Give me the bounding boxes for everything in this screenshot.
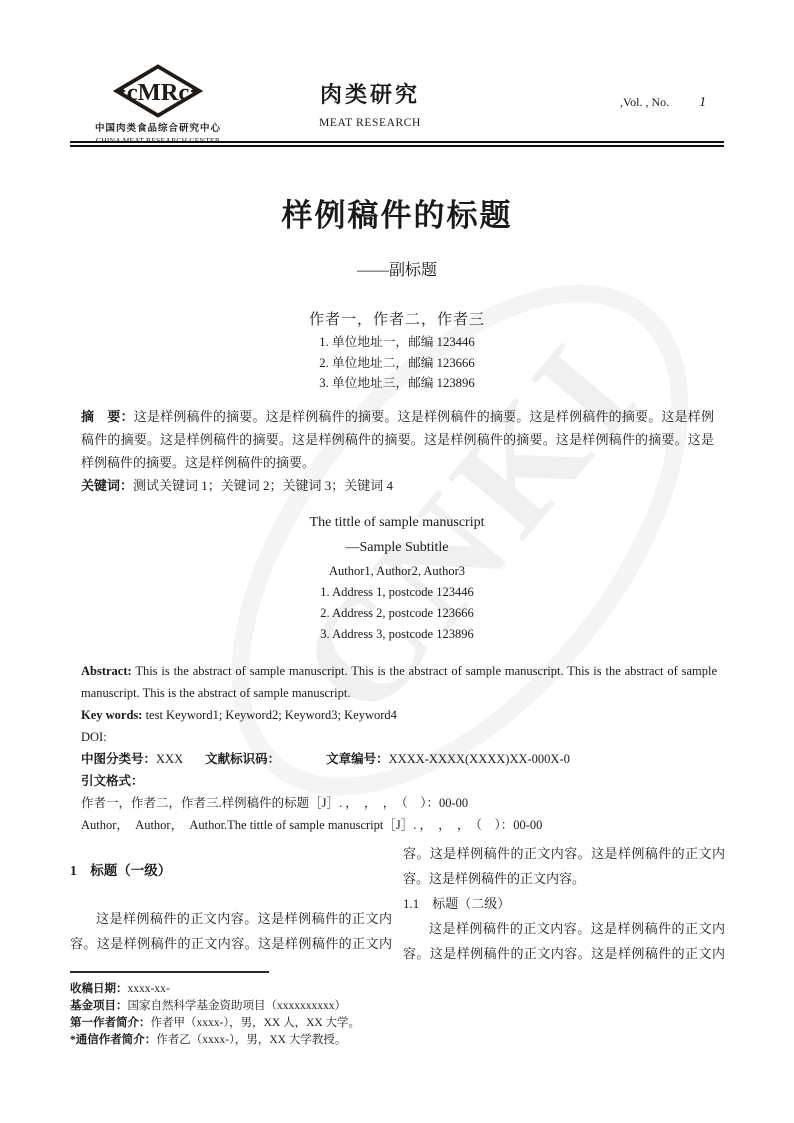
corr-author-value: 作者乙（xxxx-），男，XX 大学教授。 bbox=[156, 1034, 346, 1046]
keywords-cn-label: 关键词： bbox=[81, 478, 133, 493]
abstract-cn-paragraph: 摘 要：这是样例稿件的摘要。这是样例稿件的摘要。这是样例稿件的摘要。这是样例稿件… bbox=[81, 405, 714, 474]
keywords-cn-text: 测试关键词 1；关键词 2；关键词 3；关键词 4 bbox=[133, 478, 393, 493]
doi-line: DOI: bbox=[81, 726, 717, 748]
footnote-first-author: 第一作者简介：作者甲（xxxx-），男，XX 人，XX 大学。 bbox=[70, 1015, 430, 1032]
article-title-cn: 样例稿件的标题 bbox=[0, 197, 794, 235]
body-line: 容。这是样例稿件的正文内容。这是样例稿件的正文内 bbox=[403, 941, 725, 966]
journal-logo: cMRc 中国肉类食品综合研究中心 CHINA MEAT RESEARCH CE… bbox=[88, 64, 228, 145]
section-heading-1-1: 1.1 标题（二级） bbox=[403, 891, 725, 916]
page-content: cMRc 中国肉类食品综合研究中心 CHINA MEAT RESEARCH CE… bbox=[0, 0, 794, 1123]
authors-cn: 作者一，作者二，作者三 bbox=[0, 308, 794, 329]
body-paragraph-left: 这是样例稿件的正文内容。这是样例稿件的正文内 容。这是样例稿件的正文内容。这是样… bbox=[70, 906, 392, 956]
journal-title-cn: 肉类研究 bbox=[270, 82, 470, 108]
affiliations-cn: 1. 单位地址一，邮编 123446 2. 单位地址二，邮编 123666 3.… bbox=[0, 332, 794, 394]
english-title-block: The tittle of sample manuscript —Sample … bbox=[0, 511, 794, 645]
footnote-fund: 基金项目：国家自然科学基金资助项目（xxxxxxxxxx） bbox=[70, 998, 430, 1015]
first-author-value: 作者甲（xxxx-），男，XX 人，XX 大学。 bbox=[151, 1017, 361, 1029]
manuscript-page: CNKI cMRc 中国肉类食品综合研究中心 CHINA MEAT RESEAR… bbox=[0, 0, 794, 1123]
citation-format-label: 引文格式： bbox=[81, 770, 717, 792]
footnote-corr-author: *通信作者简介：作者乙（xxxx-），男，XX 大学教授。 bbox=[70, 1032, 430, 1049]
citation-label-text: 引文格式： bbox=[81, 774, 144, 788]
footnote-block: 收稿日期：xxxx-xx- 基金项目：国家自然科学基金资助项目（xxxxxxxx… bbox=[70, 981, 430, 1049]
body-line: 容。这是样例稿件的正文内容。这是样例稿件的正文内 bbox=[70, 931, 392, 956]
logo-org-name-cn: 中国肉类食品综合研究中心 bbox=[88, 120, 228, 134]
corr-author-label: *通信作者简介： bbox=[70, 1034, 156, 1046]
citation-en-line: Author， Author， Author.The tittle of sam… bbox=[81, 814, 717, 836]
section-heading-1: 1 标题（一级） bbox=[70, 862, 392, 880]
journal-title-en: MEAT RESEARCH bbox=[270, 117, 470, 129]
affiliation-cn-3: 3. 单位地址三，邮编 123896 bbox=[0, 373, 794, 394]
clc-value: XXX bbox=[156, 752, 183, 766]
affiliation-en-1: 1. Address 1, postcode 123446 bbox=[0, 582, 794, 603]
affiliation-en-2: 2. Address 2, postcode 123666 bbox=[0, 603, 794, 624]
page-number: 1 bbox=[699, 95, 706, 110]
logo-brand-text: cMRc bbox=[127, 79, 190, 106]
affiliation-cn-2: 2. 单位地址二，邮编 123666 bbox=[0, 353, 794, 374]
affiliation-cn-1: 1. 单位地址一，邮编 123446 bbox=[0, 332, 794, 353]
footnote-rule bbox=[70, 971, 269, 973]
article-no-value: XXXX-XXXX(XXXX)XX-000X-0 bbox=[389, 752, 570, 766]
body-column-right: 容。这是样例稿件的正文内容。这是样例稿件的正文内 容。这是样例稿件的正文内容。 … bbox=[403, 841, 725, 966]
article-subtitle-cn: ——副标题 bbox=[0, 257, 794, 280]
clc-label: 中图分类号： bbox=[81, 752, 156, 766]
keywords-en-line: Key words: test Keyword1; Keyword2; Keyw… bbox=[81, 704, 717, 726]
article-no-label: 文章编号： bbox=[326, 752, 389, 766]
body-column-left: 1 标题（一级） 这是样例稿件的正文内容。这是样例稿件的正文内 容。这是样例稿件… bbox=[70, 862, 392, 956]
abstract-en-text: This is the abstract of sample manuscrip… bbox=[81, 664, 717, 700]
doc-code-label: 文献标识码： bbox=[205, 752, 280, 766]
body-line: 容。这是样例稿件的正文内容。 bbox=[403, 866, 725, 891]
article-subtitle-en: —Sample Subtitle bbox=[0, 536, 794, 560]
body-line: 容。这是样例稿件的正文内容。这是样例稿件的正文内 bbox=[403, 841, 725, 866]
cmrc-diamond-icon: cMRc bbox=[112, 64, 204, 118]
abstract-en-label: Abstract: bbox=[81, 664, 132, 678]
received-label: 收稿日期： bbox=[70, 983, 128, 995]
article-title-en: The tittle of sample manuscript bbox=[0, 511, 794, 535]
authors-en: Author1, Author2, Author3 bbox=[0, 561, 794, 582]
first-author-label: 第一作者简介： bbox=[70, 1017, 151, 1029]
body-line: 这是样例稿件的正文内容。这是样例稿件的正文内 bbox=[403, 916, 725, 941]
journal-title-block: 肉类研究 MEAT RESEARCH bbox=[270, 82, 470, 129]
affiliation-en-3: 3. Address 3, postcode 123896 bbox=[0, 624, 794, 645]
volume-issue-block: ,Vol. , No.1 bbox=[620, 95, 780, 111]
fund-value: 国家自然科学基金资助项目（xxxxxxxxxx） bbox=[128, 1000, 347, 1012]
fund-label: 基金项目： bbox=[70, 1000, 128, 1012]
english-abstract-meta-block: Abstract: This is the abstract of sample… bbox=[81, 660, 717, 836]
keywords-en-text: test Keyword1; Keyword2; Keyword3; Keywo… bbox=[142, 708, 396, 722]
header-rule bbox=[70, 141, 724, 147]
body-line: 这是样例稿件的正文内容。这是样例稿件的正文内 bbox=[70, 906, 392, 931]
classification-line: 中图分类号：XXX文献标识码：文章编号：XXXX-XXXX(XXXX)XX-00… bbox=[81, 748, 717, 770]
abstract-en-paragraph: Abstract: This is the abstract of sample… bbox=[81, 660, 717, 704]
keywords-cn-line: 关键词：测试关键词 1；关键词 2；关键词 3；关键词 4 bbox=[81, 474, 714, 497]
abstract-cn-block: 摘 要：这是样例稿件的摘要。这是样例稿件的摘要。这是样例稿件的摘要。这是样例稿件… bbox=[81, 405, 714, 497]
volume-issue-text: ,Vol. , No. bbox=[620, 95, 669, 109]
keywords-en-label: Key words: bbox=[81, 708, 142, 722]
citation-cn-line: 作者一，作者二，作者三.样例稿件的标题［J］. ， ， ， （ ）：00-00 bbox=[81, 792, 717, 814]
abstract-cn-label: 摘 要： bbox=[81, 409, 134, 424]
footnote-received: 收稿日期：xxxx-xx- bbox=[70, 981, 430, 998]
abstract-cn-text: 这是样例稿件的摘要。这是样例稿件的摘要。这是样例稿件的摘要。这是样例稿件的摘要。… bbox=[81, 409, 714, 470]
received-value: xxxx-xx- bbox=[128, 983, 170, 995]
